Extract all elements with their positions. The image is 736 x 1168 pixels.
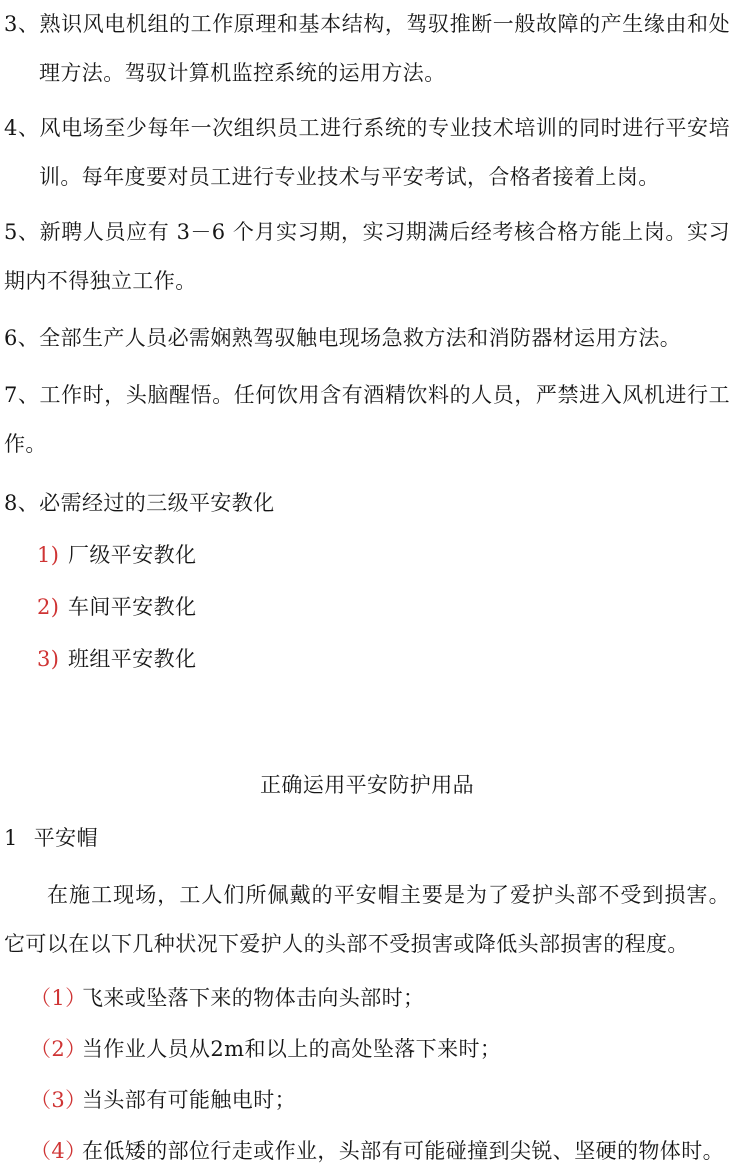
rule-number: 5、: [4, 220, 40, 244]
rule-item-8: 8、必需经过的三级平安教化: [4, 479, 730, 528]
rule-item-3: 3、熟识风电机组的工作原理和基本结构，驾驭推断一般故障的产生缘由和处理方法。驾驭…: [4, 0, 730, 98]
case-marker: （1）: [30, 974, 82, 1023]
education-level-item: 2)车间平安教化: [4, 583, 730, 632]
education-level-item: 3)班组平安教化: [4, 635, 730, 684]
helmet-case-item: （1）飞来或坠落下来的物体击向头部时；: [4, 974, 730, 1023]
rule-text: 必需经过的三级平安教化: [39, 491, 274, 515]
rule-text: 工作时，头脑醒悟。任何饮用含有酒精饮料的人员，严禁进入风机进行工作。: [4, 383, 730, 456]
education-level-marker: 1): [37, 531, 68, 580]
rule-number: 7、: [4, 383, 40, 407]
education-level-item: 1)厂级平安教化: [4, 531, 730, 580]
section-heading: 正确运用平安防护用品: [4, 761, 730, 810]
rule-item-6: 6、全部生产人员必需娴熟驾驭触电现场急救方法和消防器材运用方法。: [4, 314, 730, 363]
helmet-case-item: （3）当头部有可能触电时；: [4, 1076, 730, 1125]
section-item-title: 平安帽: [34, 826, 98, 850]
helmet-case-item: （4）在低矮的部位行走或作业，头部有可能碰撞到尖锐、坚硬的物体时。: [4, 1127, 730, 1168]
rule-number: 3、: [4, 12, 40, 36]
case-marker: （2）: [30, 1025, 82, 1074]
section-item-line: 1平安帽: [4, 814, 730, 863]
rule-text: 新聘人员应有 3－6 个月实习期，实习期满后经考核合格方能上岗。实习期内不得独立…: [4, 220, 730, 293]
education-level-label: 班组平安教化: [68, 647, 196, 671]
case-text: 当作业人员从2m和以上的高处坠落下来时；: [82, 1037, 501, 1061]
case-text: 飞来或坠落下来的物体击向头部时；: [82, 986, 424, 1010]
rule-number: 8、: [4, 491, 39, 515]
intro-paragraph: 在施工现场，工人们所佩戴的平安帽主要是为了爱护头部不受到损害。它可以在以下几种状…: [4, 871, 730, 969]
section-item-number: 1: [4, 814, 18, 863]
education-level-marker: 3): [37, 635, 68, 684]
rule-number: 6、: [4, 326, 39, 350]
rule-text: 熟识风电机组的工作原理和基本结构，驾驭推断一般故障的产生缘由和处理方法。驾驭计算…: [39, 12, 730, 85]
education-level-label: 车间平安教化: [68, 595, 196, 619]
rule-item-7: 7、工作时，头脑醒悟。任何饮用含有酒精饮料的人员，严禁进入风机进行工作。: [4, 371, 730, 469]
case-text: 在低矮的部位行走或作业，头部有可能碰撞到尖锐、坚硬的物体时。: [82, 1139, 724, 1163]
education-level-marker: 2): [37, 583, 68, 632]
rule-item-4: 4、风电场至少每年一次组织员工进行系统的专业技术培训的同时进行平安培训。每年度要…: [4, 104, 730, 202]
rule-text: 风电场至少每年一次组织员工进行系统的专业技术培训的同时进行平安培训。每年度要对员…: [39, 116, 730, 189]
education-level-label: 厂级平安教化: [68, 543, 196, 567]
case-marker: （3）: [30, 1076, 82, 1125]
rule-number: 4、: [4, 116, 40, 140]
case-text: 当头部有可能触电时；: [82, 1088, 296, 1112]
helmet-case-item: （2）当作业人员从2m和以上的高处坠落下来时；: [4, 1025, 730, 1074]
rule-item-5: 5、新聘人员应有 3－6 个月实习期，实习期满后经考核合格方能上岗。实习期内不得…: [4, 208, 730, 306]
document-page: 3、熟识风电机组的工作原理和基本结构，驾驭推断一般故障的产生缘由和处理方法。驾驭…: [0, 0, 736, 1168]
case-marker: （4）: [30, 1127, 82, 1168]
rule-text: 全部生产人员必需娴熟驾驭触电现场急救方法和消防器材运用方法。: [39, 326, 681, 350]
